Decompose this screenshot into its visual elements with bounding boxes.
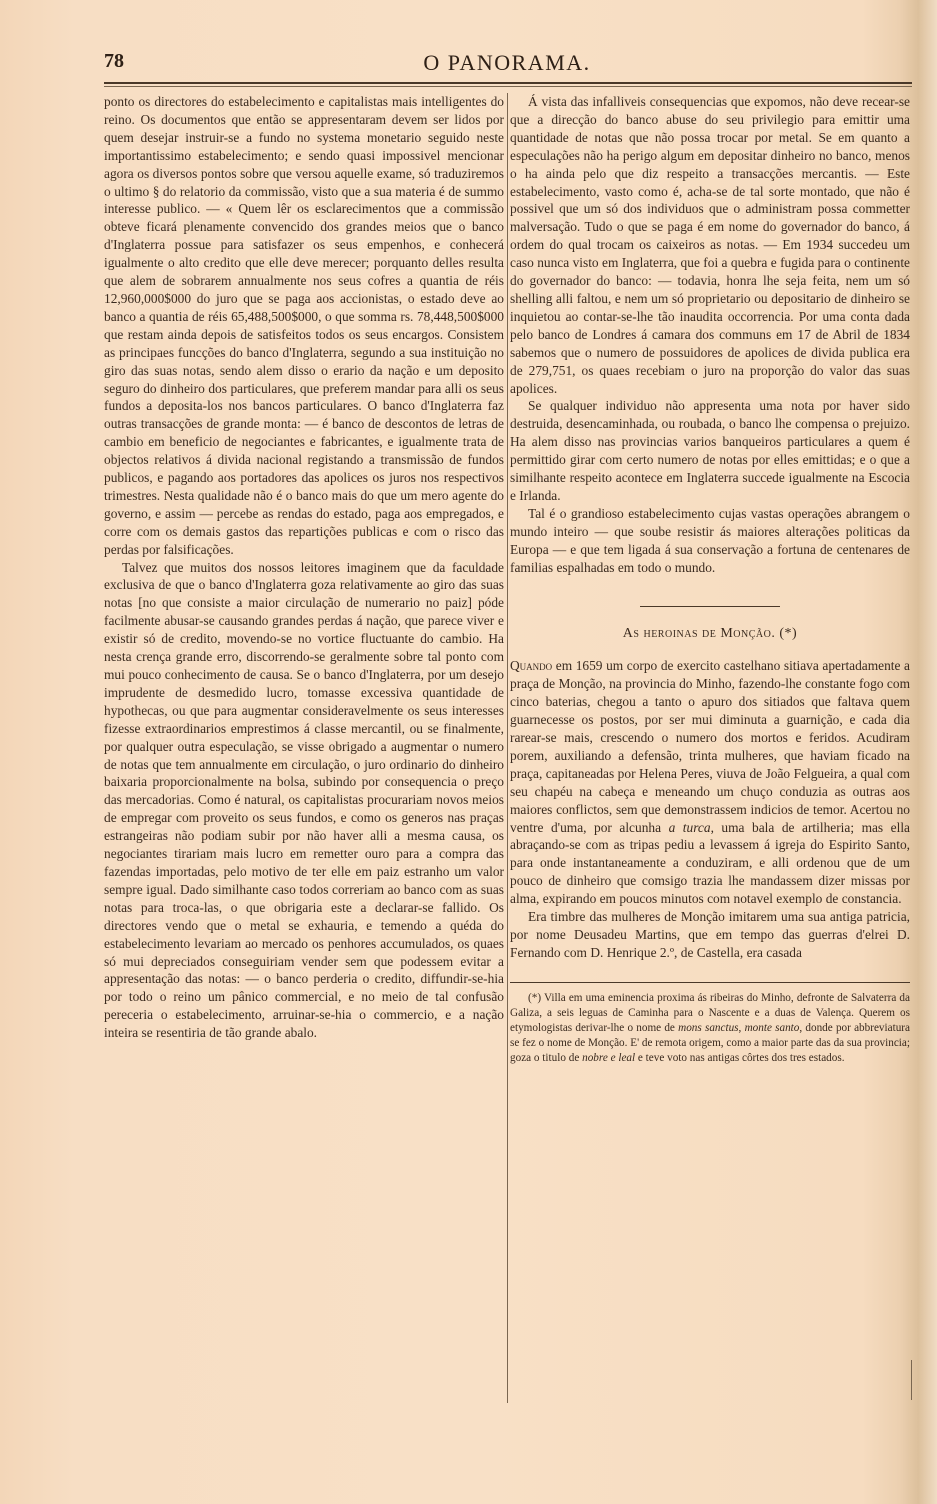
lead-word: Quando (510, 658, 552, 673)
paragraph: Á vista das infalliveis consequencias qu… (510, 93, 910, 397)
column-divider (507, 93, 508, 1403)
footnote: (*) Villa em uma eminencia proxima ás ri… (510, 991, 910, 1066)
text-run: e teve voto nas antigas côrtes dos tres … (635, 1052, 844, 1064)
paragraph: Talvez que muitos dos nossos leitores im… (104, 559, 504, 1042)
section-paragraph: Era timbre das mulheres de Monção imitar… (510, 908, 910, 962)
paragraph: Se qualquer individuo não appresenta uma… (510, 397, 910, 504)
italic-nickname: a turca (669, 820, 711, 835)
paragraph: ponto os directores do estabelecimento e… (104, 93, 504, 559)
header-rule-thin (104, 86, 912, 87)
footnote-marker: (*) (528, 992, 541, 1004)
italic-term: nobre e leal (582, 1052, 635, 1064)
newspaper-page: 78 O PANORAMA. ponto os directores do es… (0, 0, 937, 1504)
paragraph: Tal é o grandioso estabelecimento cujas … (510, 505, 910, 577)
right-edge-rule (911, 1360, 912, 1400)
section-divider (640, 606, 780, 607)
italic-term: mons sanctus (678, 1022, 738, 1034)
section-title: As heroinas de Monção. (*) (510, 625, 910, 643)
italic-term: monte santo (745, 1022, 800, 1034)
text-run: em 1659 um corpo de exercito castelhano … (510, 658, 910, 834)
running-title: O PANORAMA. (104, 50, 910, 76)
footnote-rule (510, 982, 910, 983)
header-rule (104, 82, 912, 84)
section-paragraph: Quando em 1659 um corpo de exercito cast… (510, 657, 910, 908)
page-header: 78 O PANORAMA. (104, 50, 910, 80)
left-column: ponto os directores do estabelecimento e… (104, 93, 504, 1042)
right-column: Á vista das infalliveis consequencias qu… (510, 93, 910, 1066)
